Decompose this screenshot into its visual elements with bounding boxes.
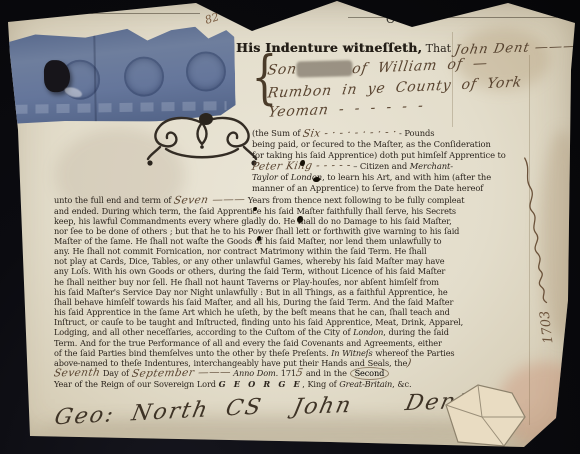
- text-segment-print: of: [278, 172, 291, 182]
- document-photo: 82 O His Indenture witneſſeth, That John…: [0, 0, 580, 454]
- text-segment-print: ſhall behave himſelf towards his ſaid Ma…: [54, 297, 453, 307]
- text-segment-print: – Citizen and: [351, 161, 410, 171]
- indented-text-block: (the Sum of Six - · - · - · - · - · - Po…: [252, 128, 524, 193]
- text-line: Taylor of London, to learn his Art, and …: [252, 172, 524, 183]
- text-segment-print: nor ſee to be done of others ; but that …: [54, 226, 459, 236]
- text-segment-print: Lodging, and all other neceſſaries, acco…: [54, 327, 353, 337]
- text-segment-print: Term. And for the true Performance of al…: [54, 338, 442, 348]
- top-rule-left: [32, 13, 200, 14]
- blue-stamp-paper: [5, 25, 236, 124]
- text-segment-print: , King of: [302, 379, 339, 389]
- text-line: of the ſaid Parties bind themſelves unto…: [54, 348, 524, 358]
- text-line: unto the full end and term of Seven ——— …: [54, 195, 524, 206]
- text-line: for taking his ſaid Apprentice) doth put…: [252, 150, 524, 161]
- text-line: above-named to theſe Indentures, interch…: [54, 358, 524, 369]
- text-segment-ital: Anno Dom.: [233, 368, 278, 378]
- text-segment-print: , during the ſaid: [383, 327, 449, 337]
- heading-roman: That: [422, 42, 454, 55]
- text-line: any. He ſhall not commit Fornication, no…: [54, 246, 524, 256]
- text-line: Seventh Day of September ——— Anno Dom. 1…: [54, 368, 524, 379]
- text-segment-print: any. He ſhall not commit Fornication, no…: [54, 246, 426, 256]
- text-segment-ital: In Witneſs: [331, 348, 372, 358]
- text-line: being paid, or ſecured to the Maſter, as…: [252, 139, 524, 150]
- text-segment-print: keep, his lawful Commandments every wher…: [54, 216, 452, 226]
- text-line: any Loſs. With his own Goods or others, …: [54, 266, 524, 276]
- text-line: Peter King - - - - - – Citizen and Merch…: [252, 161, 524, 172]
- text-segment-print: 171: [278, 368, 296, 378]
- text-line: he ſhall neither buy nor ſell. He ſhall …: [54, 277, 524, 287]
- text-line: not play at Cards, Dice, Tables, or any …: [54, 256, 524, 266]
- text-segment-ital: Great-Britain: [339, 379, 392, 389]
- text-line: ſhall behave himſelf towards his ſaid Ma…: [54, 297, 524, 307]
- text-segment-print: not play at Cards, Dice, Tables, or any …: [54, 256, 444, 266]
- corner-number: 82: [203, 10, 220, 27]
- text-segment-print: his ſaid Apprentice in the ſame Art whic…: [54, 307, 450, 317]
- text-segment-ital: London: [353, 327, 383, 337]
- text-segment-hand: September ———: [131, 367, 232, 379]
- top-rule-right: [348, 17, 573, 18]
- text-segment-print: Day of: [100, 368, 132, 378]
- text-segment-print: unto the full end and term of: [54, 195, 174, 205]
- text-segment-print: Years from thence next following to be f…: [245, 195, 464, 205]
- text-line: (the Sum of Six - · - · - · - · - · - Po…: [252, 128, 524, 139]
- text-segment-print: manner of an Apprentice) to ſerve from t…: [252, 183, 483, 193]
- embossed-stamp-ring: [186, 51, 227, 92]
- embossed-stamp-ring: [124, 56, 165, 97]
- text-segment-print: Maſter of the ſame. He ſhall not waſte t…: [54, 236, 441, 246]
- top-mark: O: [386, 13, 395, 26]
- text-segment-print: - Pounds: [396, 128, 434, 138]
- text-line: Maſter of the ſame. He ſhall not waſte t…: [54, 236, 524, 246]
- text-segment-print: his ſaid Maſter's Service Day nor Night …: [54, 287, 448, 297]
- text-line: nor ſee to be done of others ; but that …: [54, 226, 524, 236]
- text-segment-hand: ): [406, 358, 412, 369]
- text-segment-print: Inſtruct, or cauſe to be taught and Inſt…: [54, 317, 463, 327]
- text-segment-ital: Merchant-: [410, 161, 453, 171]
- text-segment-hand: Seven ———: [173, 194, 246, 206]
- text-segment-print: , to learn his Art, and with him (after …: [322, 172, 491, 182]
- text-segment-caps: G E O R G E: [219, 379, 303, 389]
- text-segment-hand: Seventh: [53, 368, 101, 379]
- text-segment-hand: of William of —: [352, 56, 490, 76]
- text-line: Inſtruct, or cauſe to be taught and Inſt…: [54, 317, 524, 327]
- text-segment-hand: Yeoman - - - - - -: [267, 99, 424, 120]
- text-line: keep, his lawful Commandments every wher…: [54, 216, 524, 226]
- parties-lines: Son ———— of William of —Rumbon in ye Cou…: [267, 54, 522, 122]
- woodcut-ornament: [146, 113, 258, 169]
- text-segment-print: whereof the Parties: [373, 348, 455, 358]
- text-line: and ended. During which term, the ſaid A…: [54, 206, 524, 216]
- text-segment-print: and in the: [303, 368, 350, 378]
- paper-seal-wafer: [436, 383, 530, 451]
- embossed-text-band: [15, 101, 227, 114]
- text-line: his ſaid Maſter's Service Day nor Night …: [54, 287, 524, 297]
- text-segment-print: , &c.: [392, 379, 411, 389]
- text-segment-ital: Taylor: [252, 172, 278, 182]
- parchment: 82 O His Indenture witneſſeth, That John…: [0, 0, 580, 454]
- text-segment-print: Year of the Reign of our Sovereign Lord: [54, 379, 219, 389]
- text-segment-print: (the Sum of: [252, 128, 303, 138]
- text-segment-hand: Son: [266, 62, 298, 77]
- text-line: his ſaid Apprentice in the ſame Art whic…: [54, 307, 524, 317]
- text-line: manner of an Apprentice) to ſerve from t…: [252, 183, 524, 194]
- text-segment-hand: Six - · - · - · - · - ·: [302, 127, 398, 139]
- text-segment-print: for taking his ſaid Apprentice) doth put…: [252, 150, 506, 160]
- text-segment-smear: ————: [297, 60, 353, 77]
- text-segment-print: he ſhall neither buy nor ſell. He ſhall …: [54, 277, 439, 287]
- heading: His Indenture witneſſeth, That John Dent…: [236, 37, 576, 56]
- text-line: Term. And for the true Performance of al…: [54, 338, 524, 348]
- text-line: Lodging, and all other neceſſaries, acco…: [54, 327, 524, 337]
- body-text-block: unto the full end and term of Seven ——— …: [54, 195, 524, 389]
- text-segment-print: any Loſs. With his own Goods or others, …: [54, 266, 445, 276]
- text-segment-print: being paid, or ſecured to the Maſter, as…: [252, 139, 491, 149]
- text-segment-print: of the ſaid Parties bind themſelves unto…: [54, 348, 331, 358]
